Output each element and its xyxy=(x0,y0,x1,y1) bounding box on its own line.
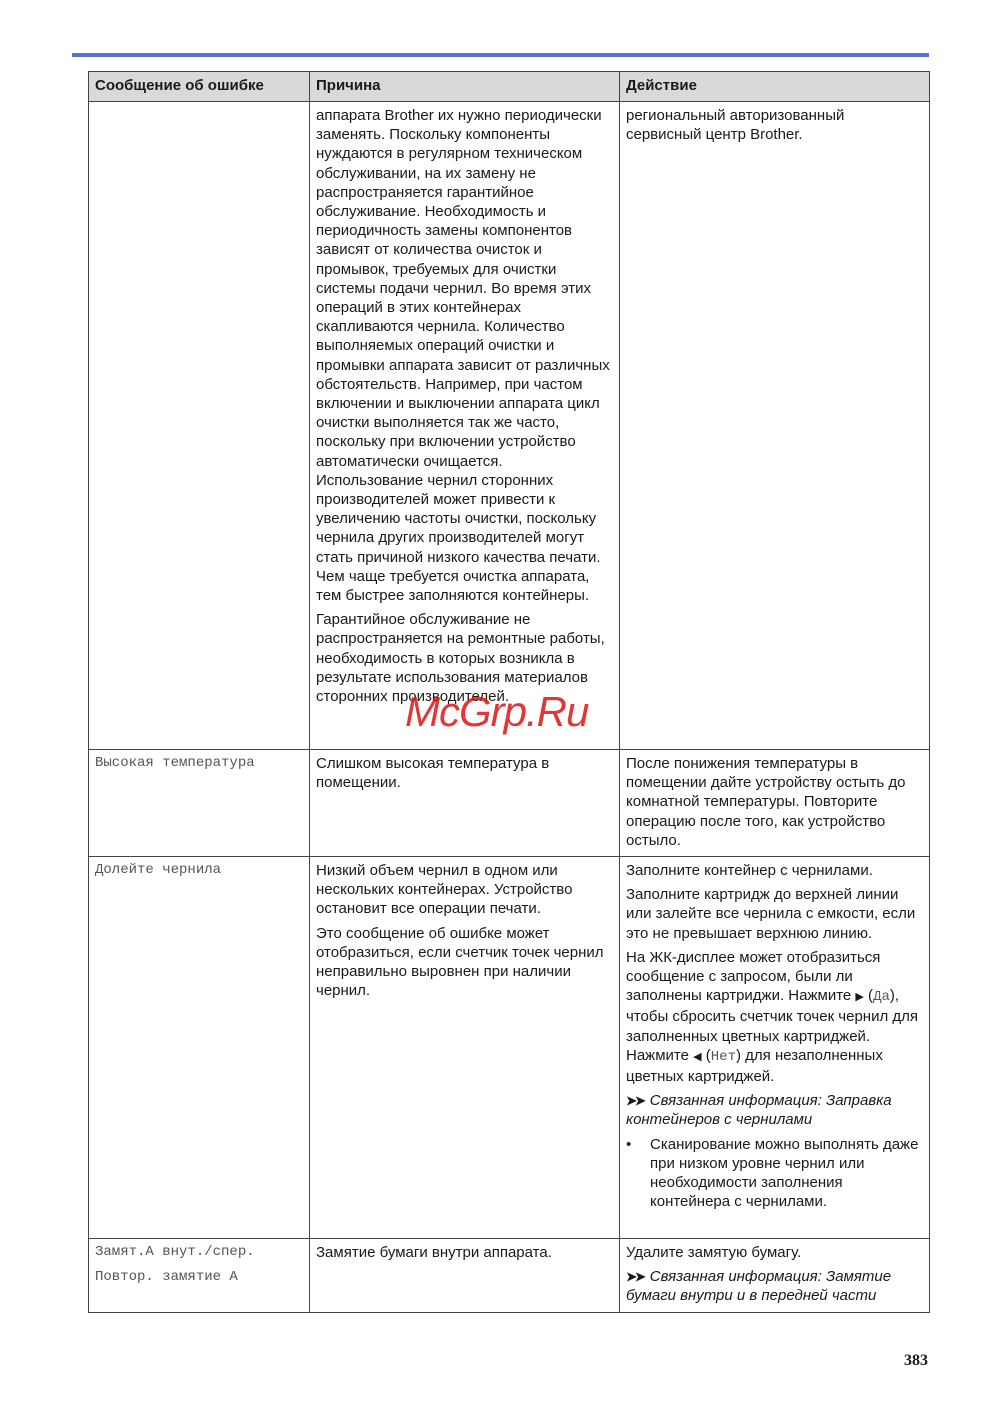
cause-text: Это сообщение об ошибке может отобразить… xyxy=(316,924,613,1001)
action-text: региональный авторизованный сервисный це… xyxy=(626,106,923,144)
button-no-label: Нет xyxy=(711,1049,736,1065)
cause-text: Низкий объем чернил в одном или нескольк… xyxy=(316,861,613,919)
cause-text: аппарата Brother их нужно периодически з… xyxy=(316,106,613,605)
button-yes-label: Да xyxy=(873,989,890,1005)
table-header-row: Сообщение об ошибке Причина Действие xyxy=(89,72,930,102)
cause-cell: Замятие бумаги внутри аппарата. xyxy=(310,1239,620,1313)
header-action: Действие xyxy=(620,72,930,102)
cause-text: Замятие бумаги внутри аппарата. xyxy=(316,1243,613,1262)
error-message: Замят.А внут./спер. xyxy=(95,1240,303,1265)
cause-cell: аппарата Brother их нужно периодически з… xyxy=(310,102,620,750)
cause-text: Гарантийное обслуживание не распространя… xyxy=(316,610,613,706)
action-cell: региональный авторизованный сервисный це… xyxy=(620,102,930,750)
table-row: Долейте чернила Низкий объем чернил в од… xyxy=(89,857,930,1239)
related-info-link[interactable]: ➤➤Связанная информация: Заправка контейн… xyxy=(626,1091,923,1129)
related-info-link[interactable]: ➤➤Связанная информация: Замятие бумаги в… xyxy=(626,1267,923,1305)
bullet-item: • Сканирование можно выполнять даже при … xyxy=(626,1135,923,1212)
cause-text: Слишком высокая температура в помещении. xyxy=(316,754,613,792)
error-message: Долейте чернила xyxy=(95,858,303,883)
action-cell: Удалите замятую бумагу. ➤➤Связанная инфо… xyxy=(620,1239,930,1313)
arrow-left-icon: ◀ xyxy=(693,1051,701,1063)
error-cell: Долейте чернила xyxy=(89,857,310,1239)
error-cell: Замят.А внут./спер. Повтор. замятие А xyxy=(89,1239,310,1313)
header-error: Сообщение об ошибке xyxy=(89,72,310,102)
error-cell xyxy=(89,102,310,750)
action-cell: После понижения температуры в помещении … xyxy=(620,750,930,857)
header-cause: Причина xyxy=(310,72,620,102)
table-row: Замят.А внут./спер. Повтор. замятие А За… xyxy=(89,1239,930,1313)
related-arrows-icon: ➤➤ xyxy=(626,1093,644,1108)
bullet-icon: • xyxy=(626,1135,650,1212)
error-cell: Высокая температура xyxy=(89,750,310,857)
action-text: Удалите замятую бумагу. xyxy=(626,1243,923,1262)
action-cell: Заполните контейнер с чернилами. Заполни… xyxy=(620,857,930,1239)
page-number: 383 xyxy=(904,1352,928,1370)
action-text: На ЖК-дисплее может отобразиться сообщен… xyxy=(626,948,923,1086)
cause-cell: Низкий объем чернил в одном или нескольк… xyxy=(310,857,620,1239)
error-message: Повтор. замятие А xyxy=(95,1265,303,1290)
top-rule xyxy=(72,53,929,57)
table-row: аппарата Brother их нужно периодически з… xyxy=(89,102,930,750)
action-text: Заполните контейнер с чернилами. xyxy=(626,861,923,880)
error-table: Сообщение об ошибке Причина Действие апп… xyxy=(88,71,930,1313)
action-text: После понижения температуры в помещении … xyxy=(626,754,923,850)
related-arrows-icon: ➤➤ xyxy=(626,1269,644,1284)
cause-cell: Слишком высокая температура в помещении. xyxy=(310,750,620,857)
error-message: Высокая температура xyxy=(95,751,303,776)
arrow-right-icon: ▶ xyxy=(855,991,863,1003)
table-row: Высокая температура Слишком высокая темп… xyxy=(89,750,930,857)
action-text: Заполните картридж до верхней линии или … xyxy=(626,885,923,943)
